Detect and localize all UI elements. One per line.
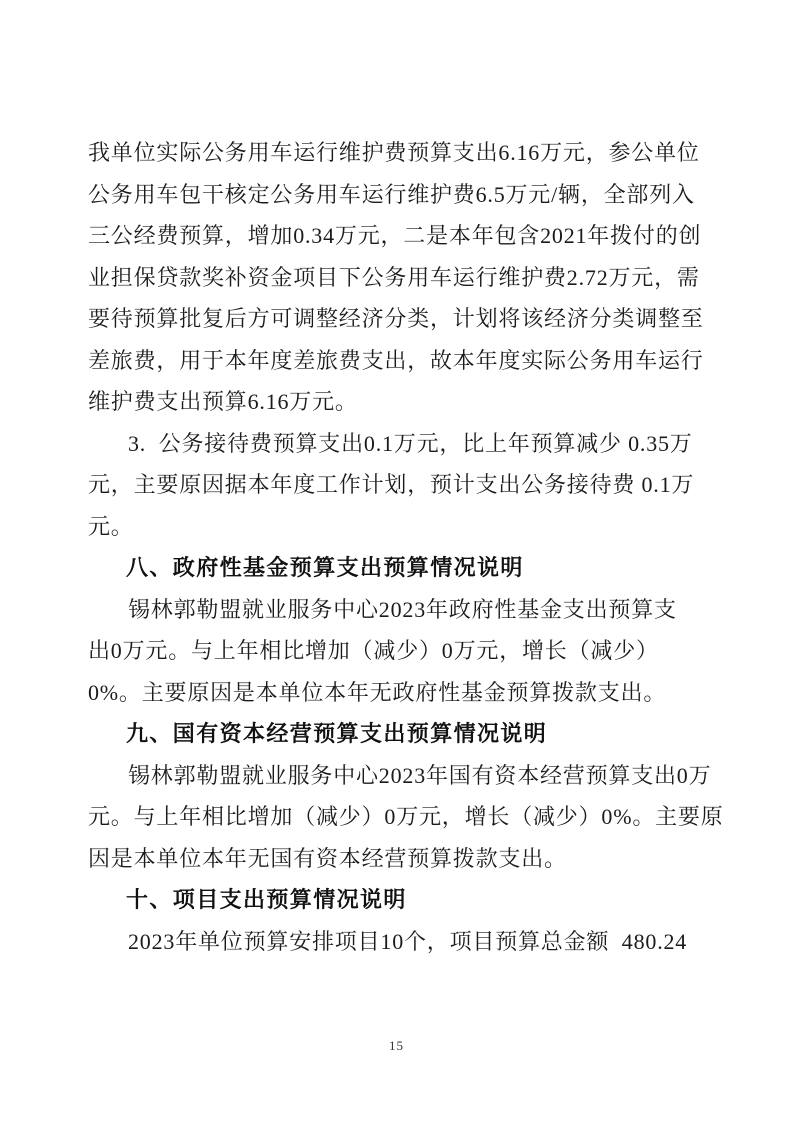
text-line: 我单位实际公务用车运行维护费预算支出6.16万元，参公单位 bbox=[88, 132, 706, 174]
text-line: 公务用车包干核定公务用车运行维护费6.5万元/辆，全部列入 bbox=[88, 174, 706, 216]
paragraph-project-expenditure: 2023年单位预算安排项目10个，项目预算总金额 480.24 bbox=[88, 921, 706, 963]
text-line: 元。与上年相比增加（减少）0万元，增长（减少）0%。主要原 bbox=[88, 796, 706, 838]
text-line: 出0万元。与上年相比增加（减少）0万元，增长（减少） bbox=[88, 630, 706, 672]
text-line: 3. 公务接待费预算支出0.1万元，比上年预算减少 0.35万 bbox=[88, 423, 706, 465]
text-line: 锡林郭勒盟就业服务中心2023年国有资本经营预算支出0万 bbox=[88, 755, 706, 797]
page-number: 15 bbox=[389, 1038, 404, 1053]
text-line: 锡林郭勒盟就业服务中心2023年政府性基金支出预算支 bbox=[88, 589, 706, 631]
text-line: 维护费支出预算6.16万元。 bbox=[88, 381, 706, 423]
heading-section-8-government-funds: 八、政府性基金预算支出预算情况说明 bbox=[88, 547, 706, 589]
text-line: 元。 bbox=[88, 506, 706, 548]
heading-section-9-state-capital: 九、国有资本经营预算支出预算情况说明 bbox=[88, 713, 706, 755]
text-line: 元，主要原因据本年度工作计划，预计支出公务接待费 0.1万 bbox=[88, 464, 706, 506]
paragraph-vehicle-maintenance: 我单位实际公务用车运行维护费预算支出6.16万元，参公单位 公务用车包干核定公务… bbox=[88, 132, 706, 423]
text-line: 2023年单位预算安排项目10个，项目预算总金额 480.24 bbox=[88, 921, 706, 963]
page-footer: 15 bbox=[0, 1038, 793, 1054]
paragraph-government-funds: 锡林郭勒盟就业服务中心2023年政府性基金支出预算支 出0万元。与上年相比增加（… bbox=[88, 589, 706, 714]
text-line: 差旅费，用于本年度差旅费支出，故本年度实际公务用车运行 bbox=[88, 340, 706, 382]
page-body-text: 我单位实际公务用车运行维护费预算支出6.16万元，参公单位 公务用车包干核定公务… bbox=[88, 132, 706, 962]
text-line: 因是本单位本年无国有资本经营预算拨款支出。 bbox=[88, 838, 706, 880]
paragraph-state-capital: 锡林郭勒盟就业服务中心2023年国有资本经营预算支出0万 元。与上年相比增加（减… bbox=[88, 755, 706, 880]
text-line: 三公经费预算，增加0.34万元，二是本年包含2021年拨付的创 bbox=[88, 215, 706, 257]
text-line: 0%。主要原因是本单位本年无政府性基金预算拨款支出。 bbox=[88, 672, 706, 714]
text-line: 业担保贷款奖补资金项目下公务用车运行维护费2.72万元，需 bbox=[88, 257, 706, 299]
paragraph-official-reception: 3. 公务接待费预算支出0.1万元，比上年预算减少 0.35万 元，主要原因据本… bbox=[88, 423, 706, 548]
heading-section-10-project-expenditure: 十、项目支出预算情况说明 bbox=[88, 879, 706, 921]
text-line: 要待预算批复后方可调整经济分类，计划将该经济分类调整至 bbox=[88, 298, 706, 340]
